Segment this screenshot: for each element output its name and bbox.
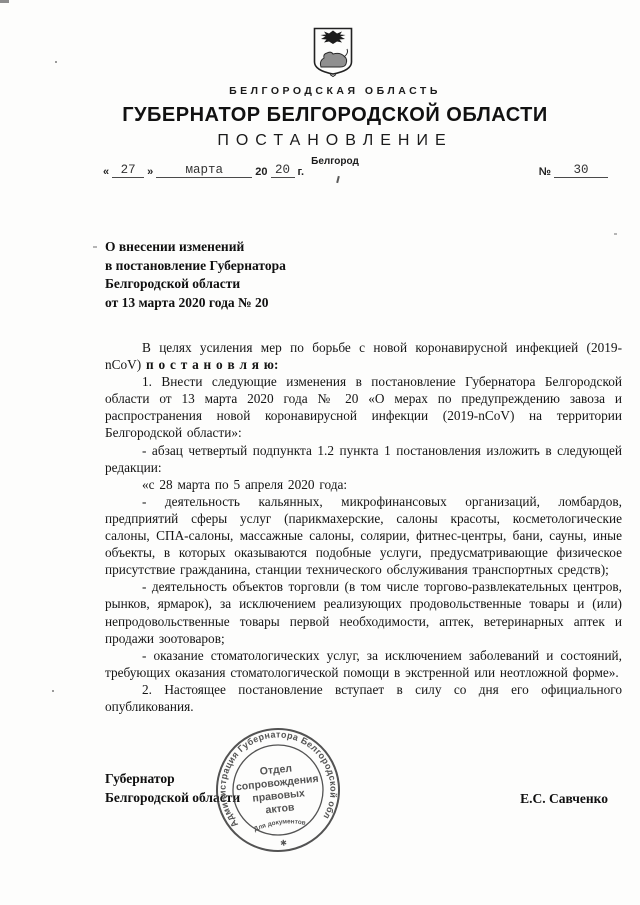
scan-artifact [93, 246, 97, 248]
paragraph: - деятельность объектов торговли (в том … [105, 578, 622, 646]
number-value: 30 [554, 164, 608, 178]
official-round-stamp: Администрация Губернатора Белгородской о… [205, 717, 350, 862]
scan-artifact [614, 233, 617, 235]
resolve-word: п о с т а н о в л я ю: [146, 357, 278, 372]
region-name: БЕЛГОРОДСКАЯ ОБЛАСТЬ [30, 85, 640, 97]
scan-artifact [52, 690, 54, 692]
year-prefix: 20 [255, 166, 267, 178]
stamp-center-line: актов [265, 801, 296, 816]
belgorod-coat-of-arms-icon [313, 27, 353, 84]
signatory-name: Е.С. Савченко [520, 791, 608, 807]
title-line: О внесении изменений [105, 238, 286, 257]
svg-text:Для документов: Для документов [252, 816, 307, 833]
number-label: № [539, 166, 551, 178]
authority-name: ГУБЕРНАТОР БЕЛГОРОДСКОЙ ОБЛАСТИ [30, 104, 640, 127]
document-number-field: № 30 [539, 164, 608, 178]
close-quote: » [147, 166, 153, 178]
paragraph: «с 28 марта по 5 апреля 2020 года: [105, 476, 622, 493]
date-field: « 27 » марта 20 20 г. [103, 164, 304, 178]
date-number-row: « 27 » марта 20 20 г. № 30 [103, 164, 608, 178]
stamp-star-icon: ✱ [280, 838, 288, 848]
scan-artifact [55, 61, 57, 63]
paragraph: 2. Настоящее постановление вступает в си… [105, 681, 622, 715]
scanned-decree-page: БЕЛГОРОДСКАЯ ОБЛАСТЬ ГУБЕРНАТОР БЕЛГОРОД… [0, 0, 640, 905]
day-value: 27 [112, 164, 144, 178]
title-line: Белгородской области [105, 275, 286, 294]
paragraph: 1. Внести следующие изменения в постанов… [105, 373, 622, 441]
paragraph: - оказание стоматологических услуг, за и… [105, 647, 622, 681]
open-quote: « [103, 166, 109, 178]
document-type: ПОСТАНОВЛЕНИЕ [30, 132, 640, 150]
year-unit: г. [298, 166, 305, 178]
paragraph-preamble: В целях усиления мер по борьбе с новой к… [105, 339, 622, 373]
document-body: В целях усиления мер по борьбе с новой к… [105, 339, 622, 715]
stamp-purpose-arc-text: Для документов [252, 816, 307, 833]
scan-artifact [0, 0, 9, 3]
paragraph: - деятельность кальянных, микрофинансовы… [105, 493, 622, 578]
document-title: О внесении изменений в постановление Губ… [105, 238, 286, 312]
month-value: марта [156, 164, 252, 178]
title-line: в постановление Губернатора [105, 257, 286, 276]
year-value: 20 [271, 164, 295, 178]
paragraph: - абзац четвертый подпункта 1.2 пункта 1… [105, 442, 622, 476]
title-line: от 13 марта 2020 года № 20 [105, 294, 286, 313]
